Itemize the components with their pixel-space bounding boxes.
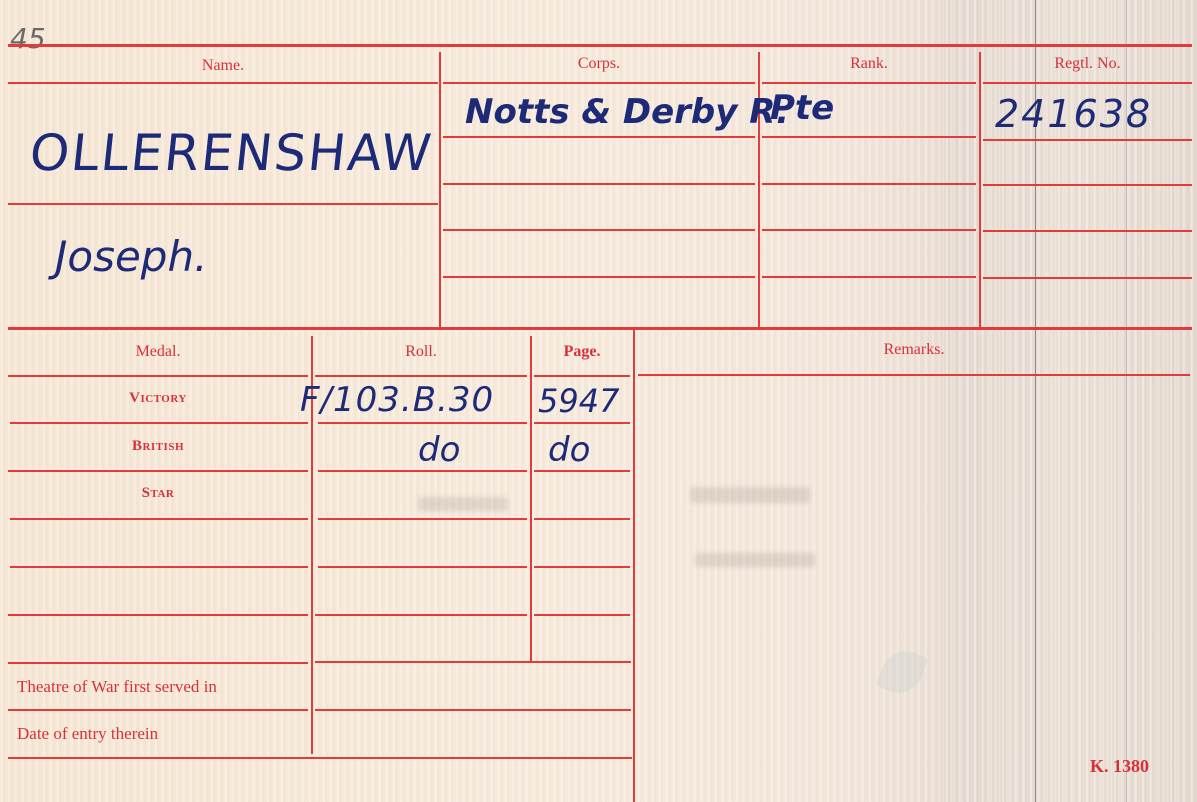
page-value-british: do: [548, 430, 590, 470]
medal-header: Medal.: [8, 343, 308, 361]
rule: [443, 183, 755, 185]
rule: [534, 614, 630, 616]
rule: [10, 518, 308, 520]
rule: [534, 375, 630, 377]
corps-header: Corps.: [443, 55, 755, 73]
rule: [983, 230, 1192, 232]
rule: [762, 276, 976, 278]
corps-value: Notts & Derby R.: [465, 92, 789, 132]
rule: [983, 82, 1192, 84]
rule: [762, 136, 976, 138]
rule: [315, 375, 527, 377]
column-divider: [530, 336, 532, 662]
column-divider: [979, 52, 981, 328]
rule: [983, 277, 1192, 279]
rule: [534, 470, 630, 472]
rule: [443, 136, 755, 138]
rule: [315, 614, 527, 616]
rule: [8, 662, 308, 664]
surname-value: OLLERENSHAW: [27, 124, 436, 182]
rule: [443, 276, 755, 278]
rule: [8, 709, 308, 711]
rank-value: Pte: [770, 88, 834, 128]
regtl-no-value: 241638: [995, 92, 1152, 136]
roll-value-british: do: [418, 430, 460, 470]
bottom-rule: [8, 757, 632, 759]
page-header: Page.: [534, 343, 630, 361]
name-header: Name.: [8, 57, 438, 75]
rule: [315, 709, 631, 711]
medal-name-victory: Victory: [8, 390, 308, 407]
rule: [318, 518, 527, 520]
section-divider: [8, 327, 1192, 330]
rule: [318, 422, 527, 424]
regtl-no-header: Regtl. No.: [983, 55, 1192, 73]
rule: [638, 374, 1190, 376]
top-border-line: [8, 44, 1192, 47]
rule: [983, 139, 1192, 141]
rule: [318, 470, 527, 472]
rule: [534, 566, 630, 568]
theatre-label: Theatre of War first served in: [17, 677, 217, 697]
rule: [443, 82, 755, 84]
ink-bleed-through: [690, 487, 810, 503]
medal-name-star: Star: [8, 485, 308, 502]
roll-value-victory: F/103.B.30: [300, 380, 494, 420]
rule: [534, 422, 630, 424]
rule: [8, 82, 438, 84]
medal-name-british: British: [8, 438, 308, 455]
rule: [762, 229, 976, 231]
date-of-entry-label: Date of entry therein: [17, 724, 158, 744]
rule: [983, 184, 1192, 186]
rule: [443, 229, 755, 231]
rule: [10, 566, 308, 568]
rule: [10, 422, 308, 424]
pencil-reference-mark: 45: [10, 22, 46, 55]
rank-header: Rank.: [762, 55, 976, 73]
column-divider: [439, 52, 441, 328]
rule: [762, 183, 976, 185]
rule: [318, 566, 527, 568]
rule: [762, 82, 976, 84]
roll-header: Roll.: [315, 343, 527, 361]
column-divider: [633, 330, 635, 802]
rule: [8, 470, 308, 472]
form-number: K. 1380: [1090, 756, 1149, 777]
rule: [8, 614, 308, 616]
remarks-header: Remarks.: [638, 341, 1190, 359]
rule: [534, 518, 630, 520]
rule: [8, 203, 438, 205]
rule: [315, 661, 631, 663]
ink-bleed-through: [695, 553, 815, 567]
forename-value: Joseph.: [55, 232, 207, 281]
page-value-victory: 5947: [538, 382, 619, 420]
rule: [8, 375, 308, 377]
ink-bleed-through: [418, 497, 508, 511]
